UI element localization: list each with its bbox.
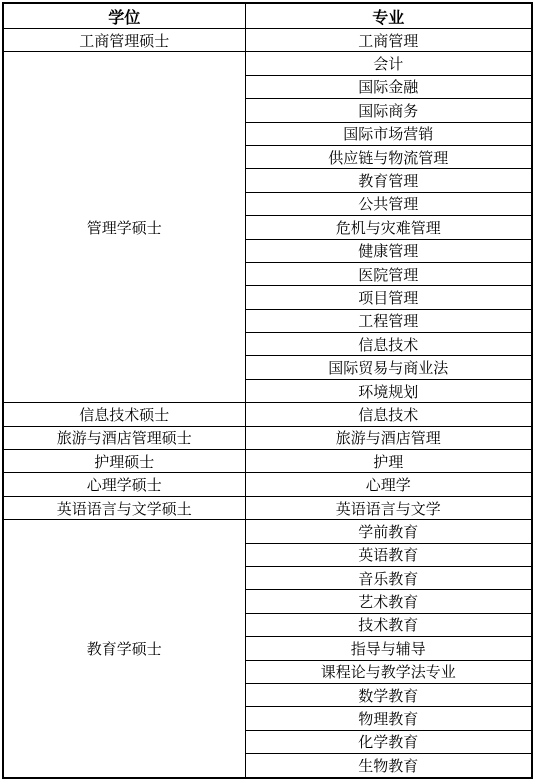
degree-cell: 工商管理硕士 bbox=[3, 29, 245, 52]
major-cell: 指导与辅导 bbox=[245, 637, 532, 660]
major-cell: 公共管理 bbox=[245, 192, 532, 215]
table-row: 信息技术硕士信息技术 bbox=[3, 403, 532, 426]
major-cell: 旅游与酒店管理 bbox=[245, 426, 532, 449]
degree-cell: 管理学硕士 bbox=[3, 52, 245, 403]
table-row: 英语语言与文学硕土英语语言与文学 bbox=[3, 496, 532, 519]
major-cell: 医院管理 bbox=[245, 262, 532, 285]
major-cell: 危机与灾难管理 bbox=[245, 216, 532, 239]
major-cell: 国际市场营销 bbox=[245, 122, 532, 145]
major-cell: 英语语言与文学 bbox=[245, 496, 532, 519]
table-row: 心理学硕士心理学 bbox=[3, 473, 532, 496]
major-cell: 项目管理 bbox=[245, 286, 532, 309]
major-cell: 健康管理 bbox=[245, 239, 532, 262]
table-row: 管理学硕士会计 bbox=[3, 52, 532, 75]
major-cell: 国际金融 bbox=[245, 75, 532, 98]
degree-cell: 旅游与酒店管理硕士 bbox=[3, 426, 245, 449]
major-cell: 数学教育 bbox=[245, 683, 532, 706]
major-cell: 化学教育 bbox=[245, 730, 532, 753]
major-cell: 国际贸易与商业法 bbox=[245, 356, 532, 379]
degree-cell: 英语语言与文学硕土 bbox=[3, 496, 245, 519]
major-cell: 课程论与教学法专业 bbox=[245, 660, 532, 683]
major-cell: 艺术教育 bbox=[245, 590, 532, 613]
table-header: 学位 专业 bbox=[3, 3, 532, 29]
table-row: 教育学硕士学前教育 bbox=[3, 520, 532, 543]
major-cell: 英语教育 bbox=[245, 543, 532, 566]
table-row: 护理硕士护理 bbox=[3, 450, 532, 473]
header-row: 学位 专业 bbox=[3, 3, 532, 29]
major-cell: 学前教育 bbox=[245, 520, 532, 543]
major-cell: 物理教育 bbox=[245, 707, 532, 730]
major-cell: 供应链与物流管理 bbox=[245, 145, 532, 168]
major-cell: 信息技术 bbox=[245, 333, 532, 356]
major-cell: 会计 bbox=[245, 52, 532, 75]
degree-major-table: 学位 专业 工商管理硕士工商管理管理学硕士会计国际金融国际商务国际市场营销供应链… bbox=[2, 2, 533, 779]
major-cell: 心理学 bbox=[245, 473, 532, 496]
major-cell: 音乐教育 bbox=[245, 566, 532, 589]
major-cell: 信息技术 bbox=[245, 403, 532, 426]
degree-cell: 护理硕士 bbox=[3, 450, 245, 473]
degree-cell: 心理学硕士 bbox=[3, 473, 245, 496]
degree-cell: 教育学硕士 bbox=[3, 520, 245, 778]
table-body: 工商管理硕士工商管理管理学硕士会计国际金融国际商务国际市场营销供应链与物流管理教… bbox=[3, 29, 532, 778]
major-cell: 护理 bbox=[245, 450, 532, 473]
major-cell: 工程管理 bbox=[245, 309, 532, 332]
table-row: 旅游与酒店管理硕士旅游与酒店管理 bbox=[3, 426, 532, 449]
degree-column-header: 学位 bbox=[3, 3, 245, 29]
major-cell: 教育管理 bbox=[245, 169, 532, 192]
major-cell: 工商管理 bbox=[245, 29, 532, 52]
major-cell: 技术教育 bbox=[245, 613, 532, 636]
major-cell: 国际商务 bbox=[245, 99, 532, 122]
major-cell: 环境规划 bbox=[245, 379, 532, 402]
table-row: 工商管理硕士工商管理 bbox=[3, 29, 532, 52]
major-cell: 生物教育 bbox=[245, 754, 532, 778]
major-column-header: 专业 bbox=[245, 3, 532, 29]
degree-cell: 信息技术硕士 bbox=[3, 403, 245, 426]
